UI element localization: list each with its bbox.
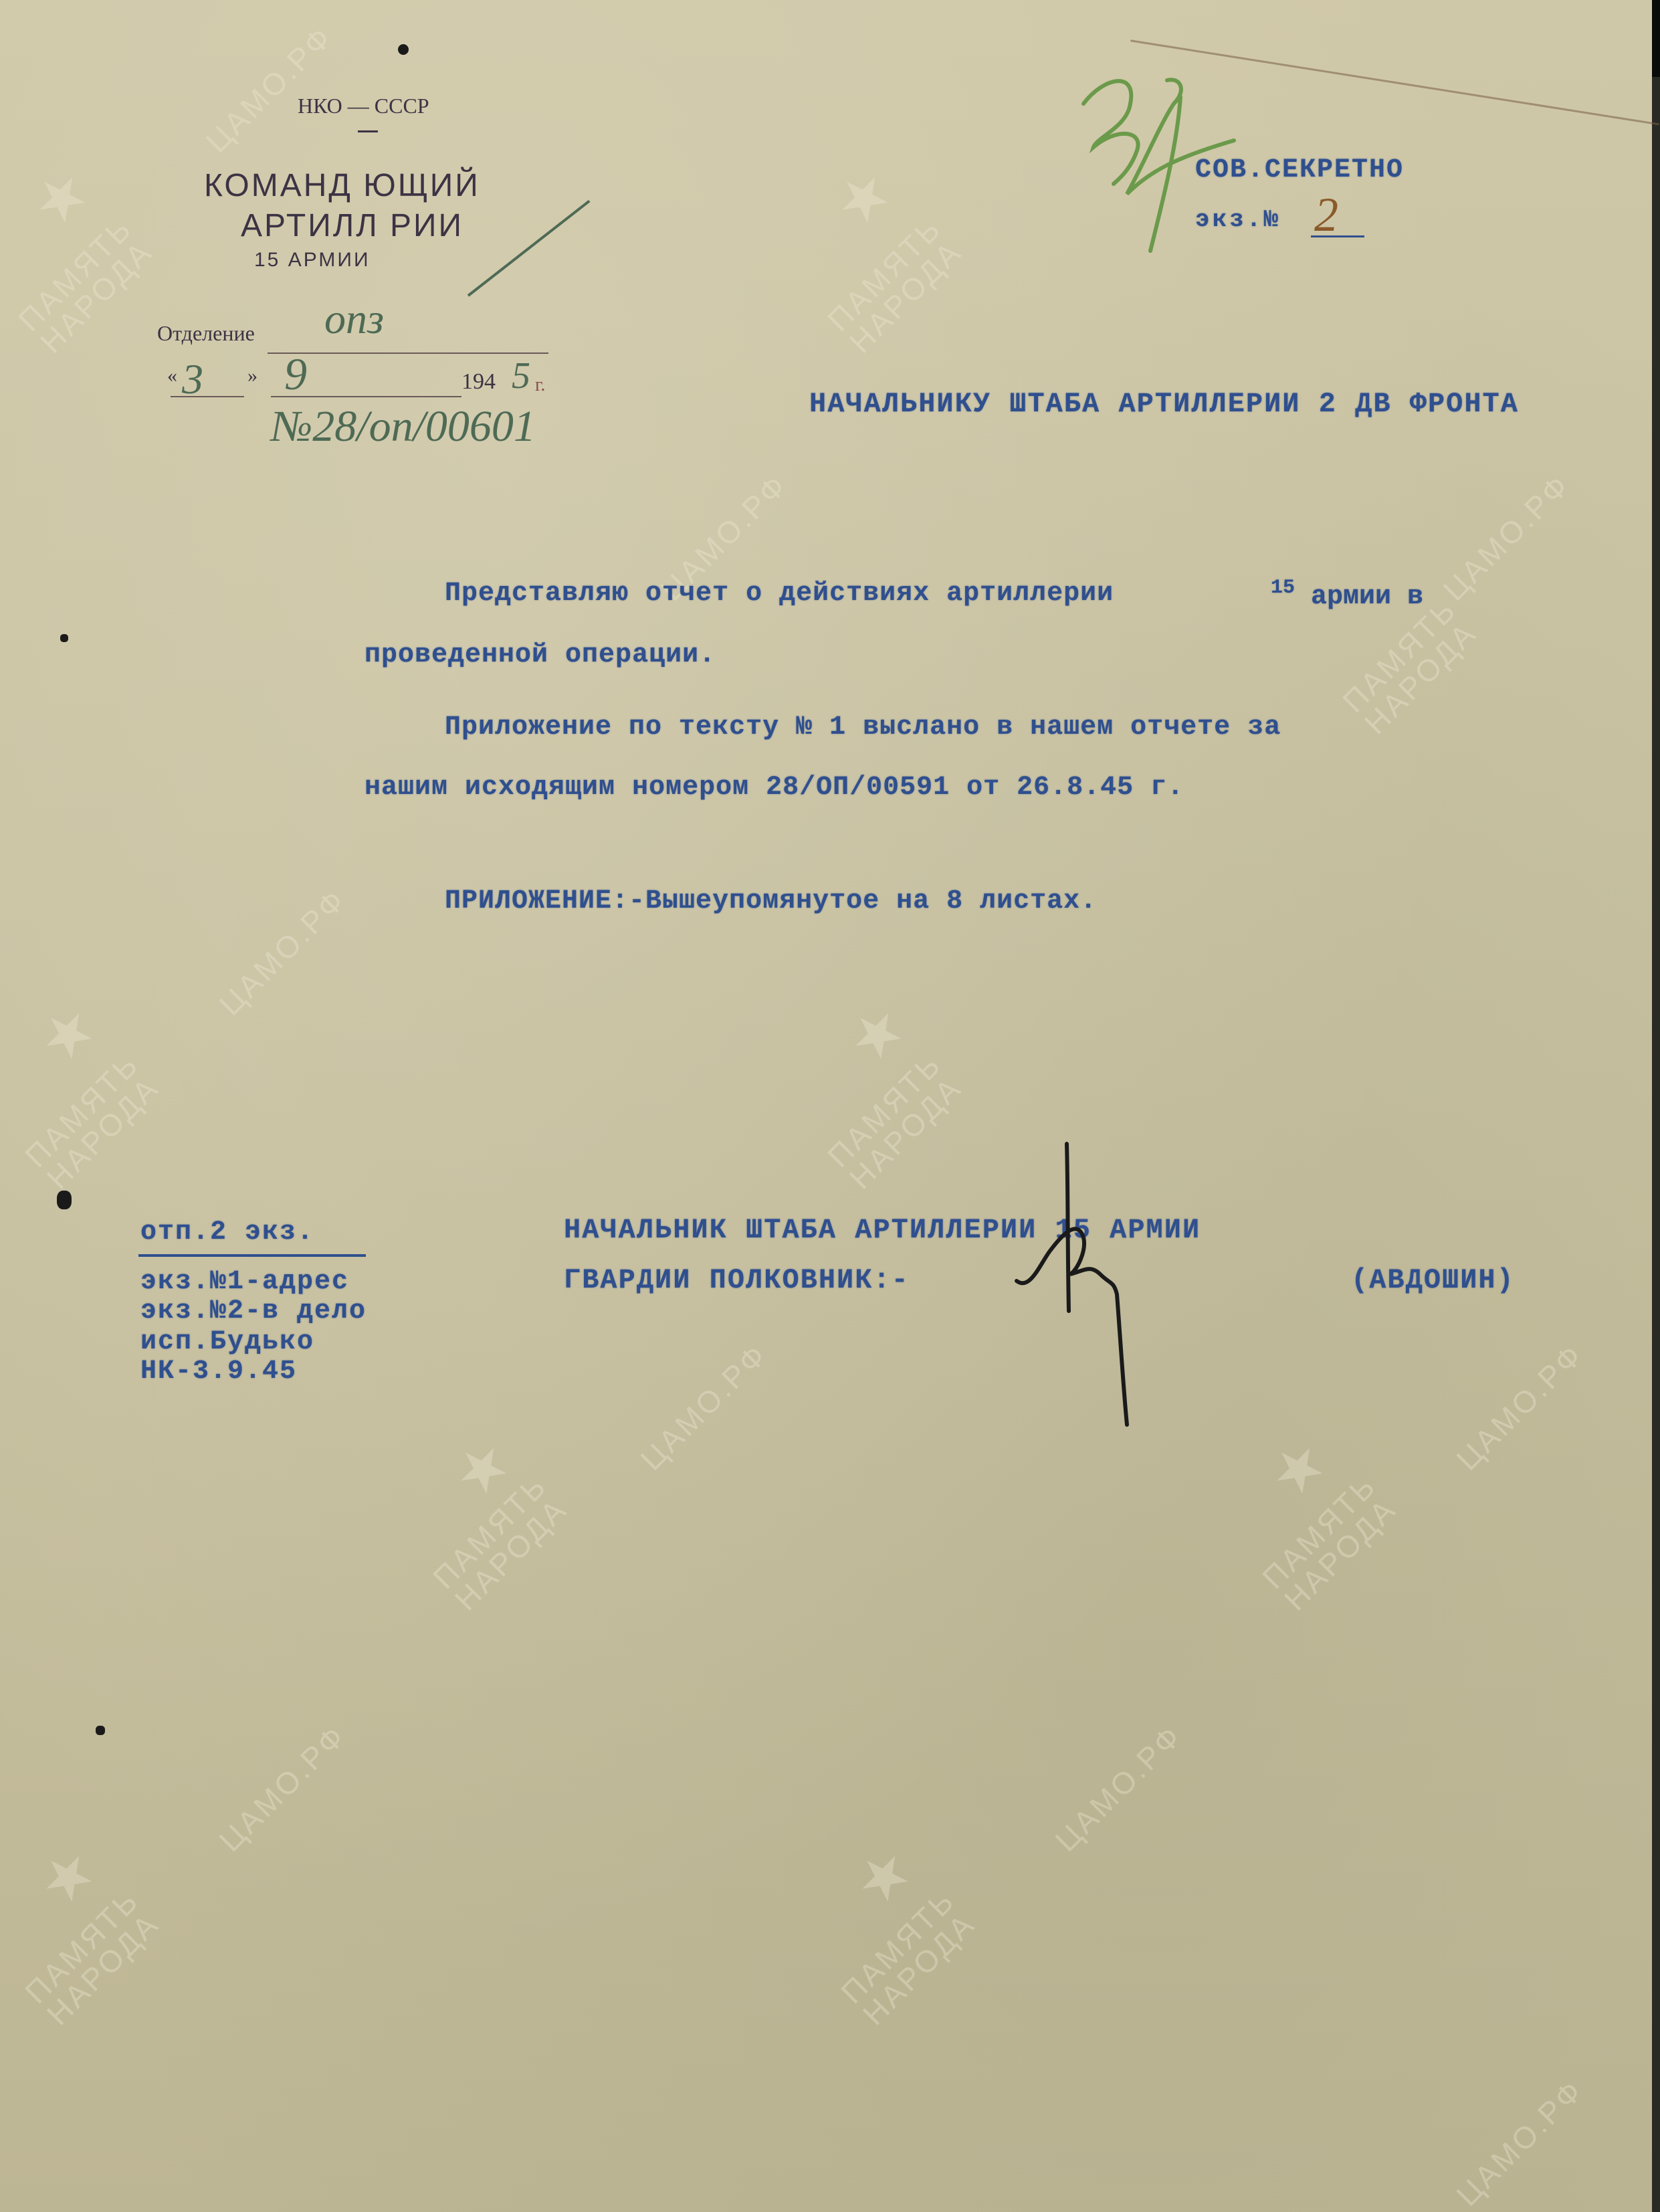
body-paragraph-1-tail: армии в bbox=[1311, 582, 1423, 612]
copy-number-underline bbox=[1311, 235, 1364, 237]
watermark-project: ПАМЯТЬНАРОДА bbox=[822, 1048, 968, 1195]
scan-edge bbox=[1652, 0, 1660, 77]
classification-label: СОВ.СЕКРЕТНО bbox=[1195, 155, 1404, 185]
date-month: 9 bbox=[284, 348, 307, 401]
watermark-project: ПАМЯТЬНАРОДА bbox=[1337, 593, 1483, 740]
watermark-project: ПАМЯТЬНАРОДА bbox=[835, 1884, 982, 2031]
watermark-archive: ЦАМО.РФ bbox=[635, 1338, 773, 1476]
watermark-archive: ЦАМО.РФ bbox=[1451, 2074, 1589, 2211]
date-year-suffix: г. bbox=[535, 375, 545, 396]
department-underline bbox=[268, 353, 548, 354]
letterhead-line3: 15 АРМИИ bbox=[254, 249, 371, 272]
distribution-copy-1: экз.№1-адрес bbox=[140, 1268, 367, 1297]
date-month-underline bbox=[271, 396, 461, 397]
handwritten-signature-icon bbox=[1003, 1137, 1204, 1431]
pencil-slash bbox=[468, 200, 591, 297]
watermark-archive: ЦАМО.РФ bbox=[1050, 1719, 1188, 1857]
watermark-archive: ЦАМО.РФ bbox=[1438, 468, 1576, 606]
watermark-project: ПАМЯТЬНАРОДА bbox=[19, 1884, 166, 2031]
outgoing-number: №28/оп/00601 bbox=[271, 401, 536, 452]
punch-hole bbox=[57, 1191, 72, 1209]
watermark-project: ПАМЯТЬНАРОДА bbox=[19, 1048, 166, 1195]
date-day-underline bbox=[171, 396, 244, 397]
signatory-rank: ГВАРДИИ ПОЛКОВНИК:- bbox=[564, 1264, 910, 1296]
watermark-project: ПАМЯТЬНАРОДА bbox=[13, 212, 159, 359]
watermark-archive: ЦАМО.РФ bbox=[214, 1719, 352, 1857]
document-page: ★ ПАМЯТЬНАРОДА ★ ПАМЯТЬНАРОДА ЦАМО.РФ ЦА… bbox=[0, 0, 1652, 2212]
letterhead-divider bbox=[358, 130, 378, 132]
body-paragraph-2-line-2: нашим исходящим номером 28/ОП/00591 от 2… bbox=[365, 773, 1184, 803]
copy-label: экз.№ bbox=[1195, 206, 1281, 233]
distribution-executor-block: исп.Будько НК-3.9.45 bbox=[140, 1328, 314, 1387]
watermark-archive: ЦАМО.РФ bbox=[214, 883, 352, 1021]
speck bbox=[398, 44, 409, 55]
distribution-copies: экз.№1-адрес экз.№2-в дело bbox=[140, 1268, 367, 1326]
date-open-quote: « bbox=[167, 365, 177, 387]
distribution-underline bbox=[138, 1254, 366, 1257]
watermark-project: ПАМЯТЬНАРОДА bbox=[822, 212, 968, 359]
date-year-printed: 194 bbox=[461, 369, 496, 395]
typist-date: НК-3.9.45 bbox=[140, 1357, 314, 1387]
body-paragraph-2-line-1: Приложение по тексту № 1 выслано в нашем… bbox=[445, 712, 1281, 742]
body-paragraph-1-line-2: проведенной операции. bbox=[365, 640, 716, 670]
attachment-note: ПРИЛОЖЕНИЕ:-Вышеупомянутое на 8 листах. bbox=[445, 886, 1097, 916]
addressee: НАЧАЛЬНИКУ ШТАБА АРТИЛЛЕРИИ 2 ДВ ФРОНТА bbox=[809, 388, 1519, 420]
distribution-copy-2: экз.№2-в дело bbox=[140, 1297, 367, 1326]
watermark-archive: ЦАМО.РФ bbox=[201, 20, 338, 158]
army-number: 15 bbox=[1271, 577, 1295, 599]
department-value: опз bbox=[324, 294, 384, 344]
letterhead-line2: АРТИЛЛ РИИ bbox=[241, 207, 463, 244]
date-year-handwritten: 5 bbox=[512, 355, 530, 397]
letterhead-line1: КОМАНД ЮЩИЙ bbox=[204, 167, 480, 204]
distribution-header: отп.2 экз. bbox=[140, 1217, 314, 1247]
watermark-archive: ЦАМО.РФ bbox=[1451, 1338, 1589, 1476]
body-paragraph-1-line-1: Представляю отчет о действиях артиллерии bbox=[445, 579, 1114, 609]
department-label: Отделение bbox=[157, 321, 255, 346]
watermark-star-icon: ★ bbox=[823, 156, 906, 239]
watermark-star-icon: ★ bbox=[27, 992, 110, 1075]
date-close-quote: » bbox=[247, 365, 257, 387]
punch-hole bbox=[60, 634, 68, 642]
executor: исп.Будько bbox=[140, 1328, 314, 1357]
copy-number: 2 bbox=[1314, 187, 1338, 243]
watermark-project: ПАМЯТЬНАРОДА bbox=[1257, 1470, 1403, 1616]
punch-hole bbox=[96, 1726, 105, 1735]
watermark-star-icon: ★ bbox=[21, 156, 104, 239]
signatory-name: (АВДОШИН) bbox=[1351, 1264, 1515, 1296]
letterhead-org: НКО — СССР bbox=[298, 94, 429, 118]
